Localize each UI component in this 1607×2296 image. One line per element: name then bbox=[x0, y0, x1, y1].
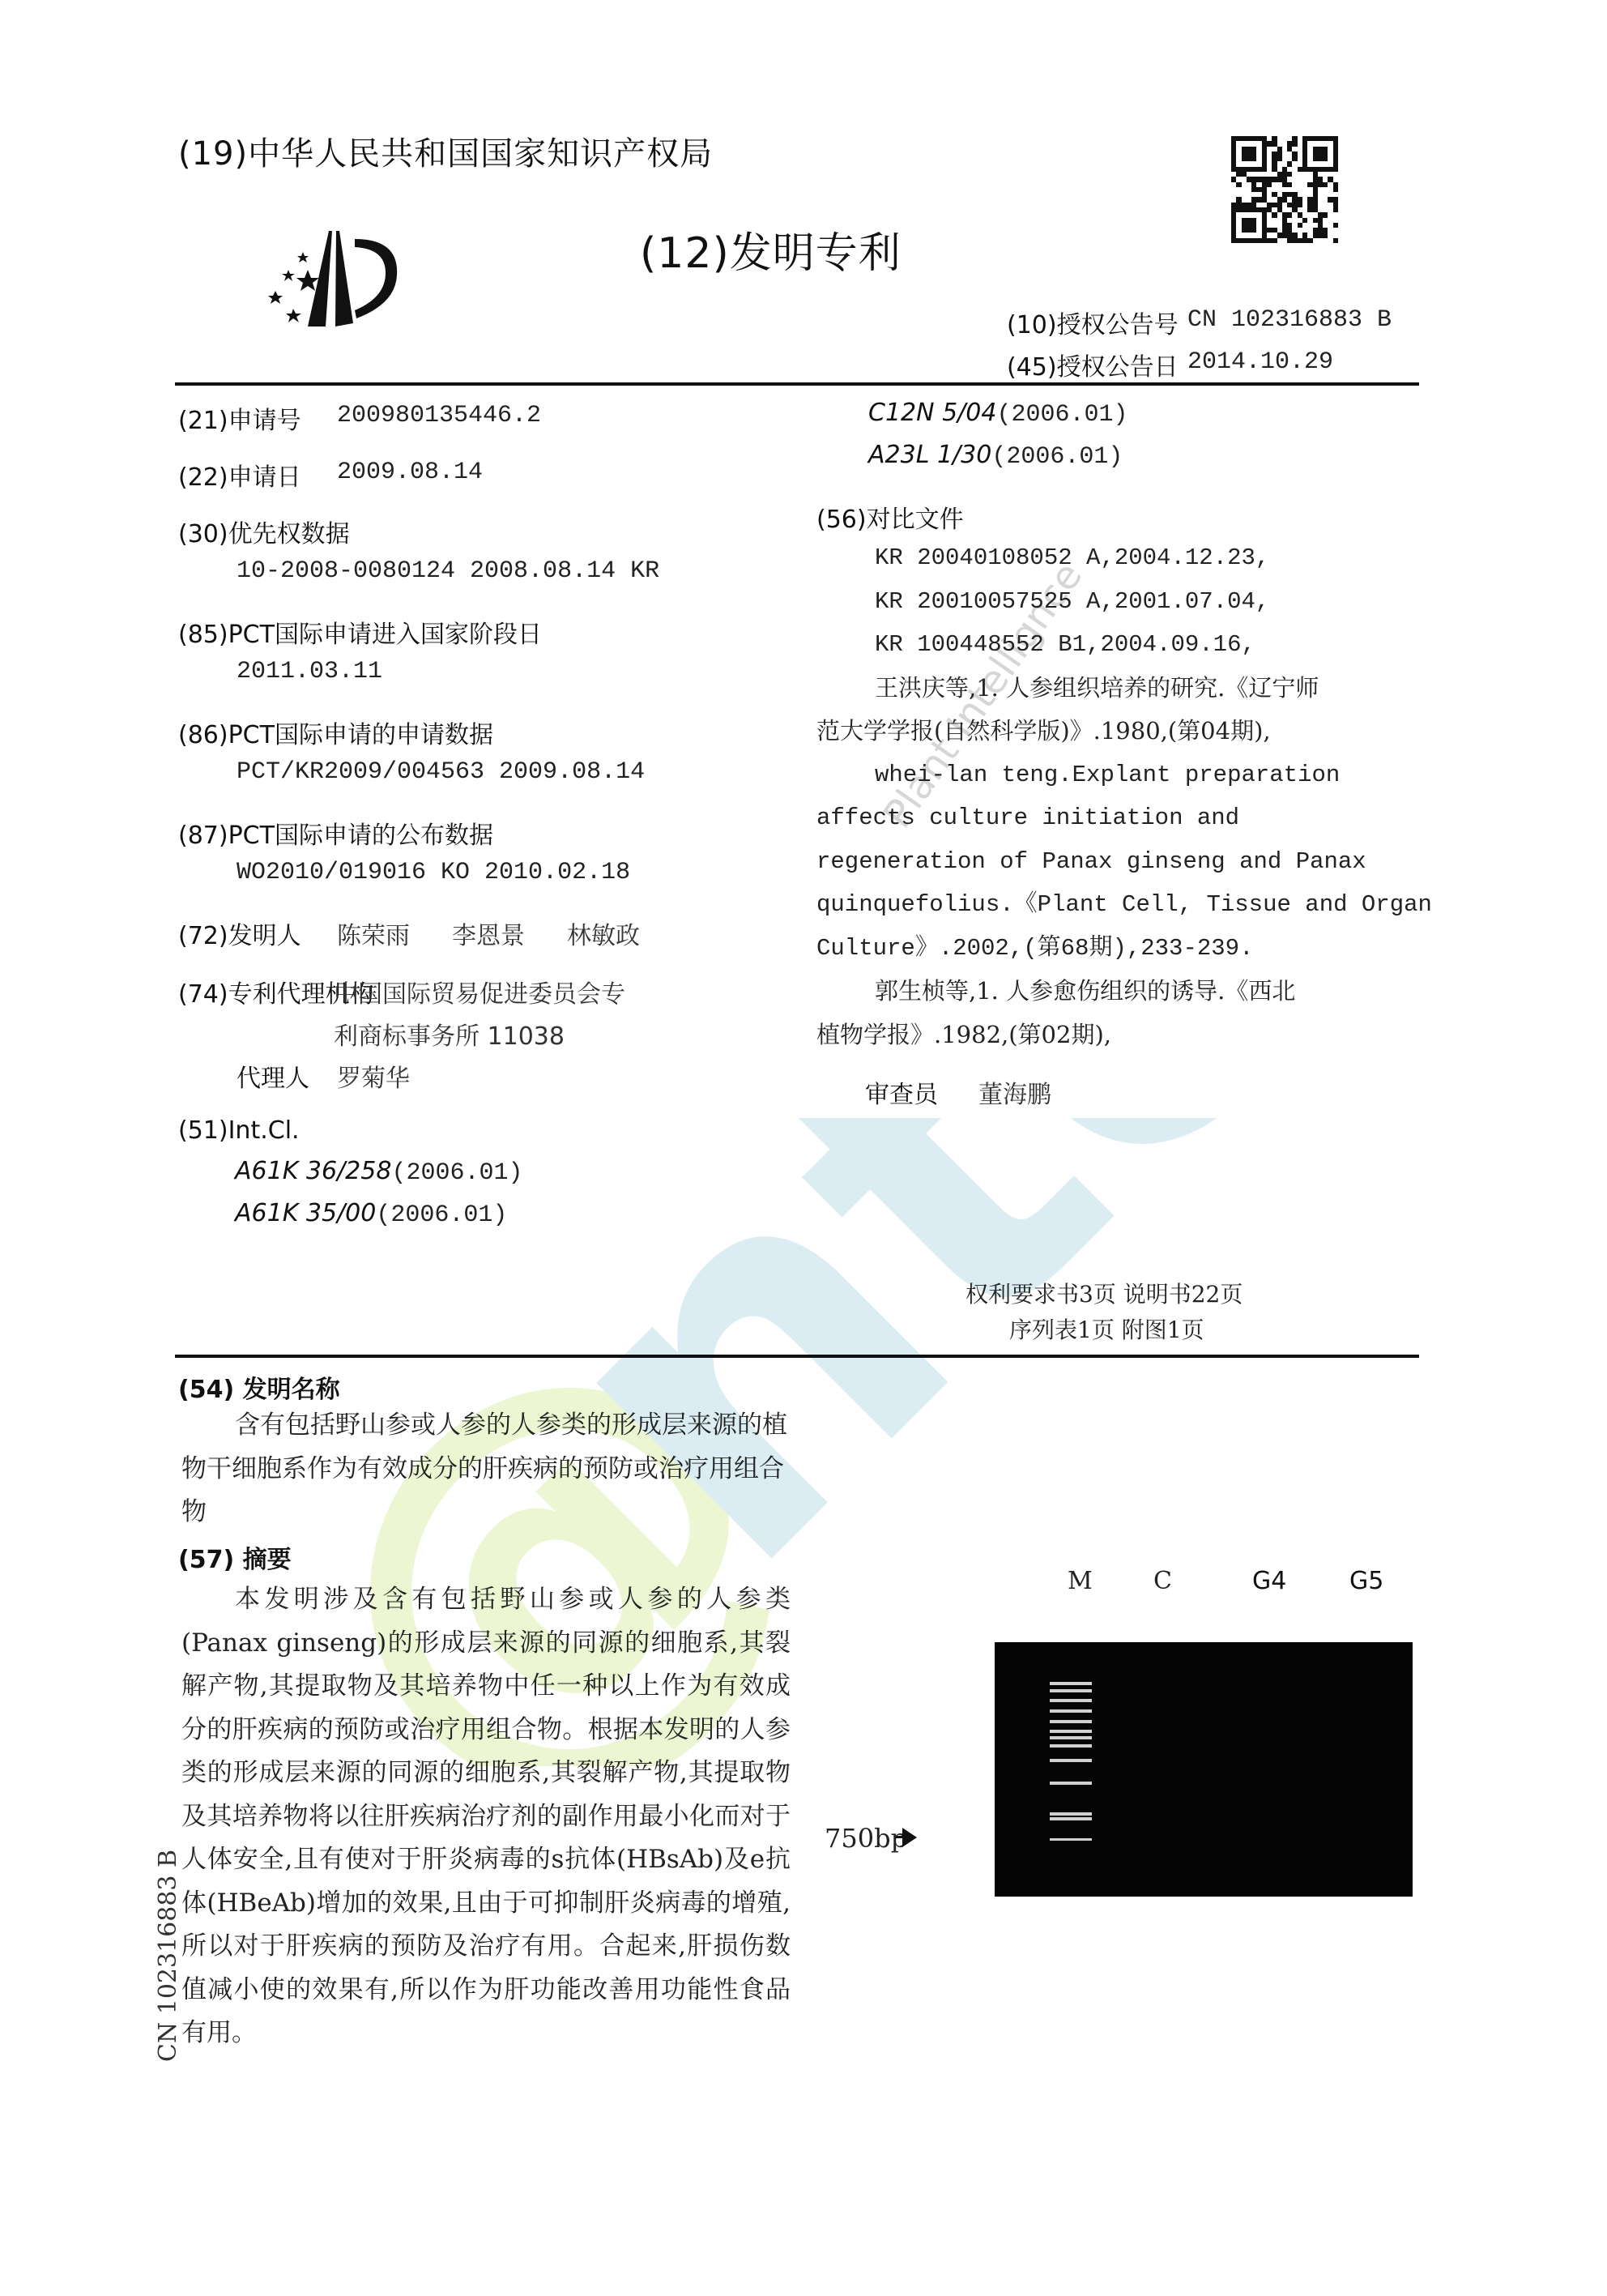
int-cl-code: A61K 36/258 bbox=[235, 1157, 391, 1185]
marker-band bbox=[1050, 1709, 1092, 1713]
reference-item: KR 20010057525 A,2001.07.04, bbox=[816, 580, 1432, 624]
int-cl-version: (2006.01) bbox=[376, 1201, 507, 1229]
reference-item: regeneration of Panax ginseng and Panax bbox=[816, 840, 1432, 884]
marker-band bbox=[1050, 1812, 1092, 1816]
reference-item: Culture》.2002,(第68期),233-239. bbox=[816, 927, 1432, 971]
pct-application-data: PCT/KR2009/004563 2009.08.14 bbox=[237, 758, 645, 786]
inventor-3: 林敏政 bbox=[567, 915, 640, 951]
reference-item: 王洪庆等,1. 人参组织培养的研究.《辽宁师 bbox=[816, 667, 1432, 711]
invention-title-label: (54) 发明名称 bbox=[178, 1369, 340, 1405]
side-publication-number: CN 102316883 B bbox=[154, 1850, 182, 2062]
pct-entry-date: 2011.03.11 bbox=[237, 658, 382, 685]
int-cl-item: A61K 36/258(2006.01) bbox=[235, 1157, 522, 1187]
marker-band bbox=[1050, 1720, 1092, 1723]
examiner-label: 审查员 bbox=[865, 1074, 938, 1110]
agent-name: 罗菊华 bbox=[337, 1058, 410, 1094]
office-title: (19)中华人民共和国国家知识产权局 bbox=[178, 128, 713, 174]
publication-date-label: (45)授权公告日 bbox=[1007, 347, 1179, 382]
reference-item: quinquefolius.《Plant Cell, Tissue and Or… bbox=[816, 883, 1432, 927]
gel-electrophoresis-image bbox=[995, 1642, 1413, 1897]
agency-name-line1: 中国国际贸易促进委员会专 bbox=[334, 974, 625, 1009]
reference-item: 植物学报》.1982,(第02期), bbox=[816, 1014, 1432, 1057]
marker-band bbox=[1050, 1759, 1092, 1762]
pct-publication-data: WO2010/019016 KO 2010.02.18 bbox=[237, 859, 630, 886]
application-number-label: (21)申请号 bbox=[178, 400, 301, 436]
reference-item: KR 20040108052 A,2004.12.23, bbox=[816, 536, 1432, 580]
int-cl-code: A61K 35/00 bbox=[235, 1199, 376, 1227]
application-date: 2009.08.14 bbox=[337, 459, 483, 486]
references-list: KR 20040108052 A,2004.12.23, KR 20010057… bbox=[816, 536, 1432, 1056]
section-divider bbox=[175, 1355, 1419, 1358]
int-cl-item: A61K 35/00(2006.01) bbox=[235, 1199, 507, 1229]
inventors-label: (72)发明人 bbox=[178, 915, 301, 951]
abstract-label: (57) 摘要 bbox=[178, 1539, 292, 1575]
marker-band bbox=[1050, 1736, 1092, 1739]
cnipa-logo-icon bbox=[258, 223, 403, 328]
int-cl-version: (2006.01) bbox=[991, 443, 1123, 471]
pct-application-label: (86)PCT国际申请的申请数据 bbox=[178, 715, 493, 750]
marker-band bbox=[1050, 1689, 1092, 1692]
int-cl-item: A23L 1/30(2006.01) bbox=[868, 441, 1123, 471]
pct-entry-label: (85)PCT国际申请进入国家阶段日 bbox=[178, 614, 542, 650]
lane-label-g4: G4 bbox=[1252, 1567, 1286, 1595]
int-cl-version: (2006.01) bbox=[996, 401, 1127, 429]
marker-size-label: 750bp bbox=[825, 1823, 907, 1854]
reference-item: 范大学学报(自然科学版)》.1980,(第04期), bbox=[816, 710, 1432, 753]
lane-label-m: M bbox=[1068, 1567, 1093, 1595]
marker-band bbox=[1050, 1744, 1092, 1748]
publication-number: CN 102316883 B bbox=[1187, 306, 1392, 334]
marker-band bbox=[1050, 1838, 1092, 1841]
int-cl-version: (2006.01) bbox=[391, 1159, 522, 1187]
int-cl-code: C12N 5/04 bbox=[868, 399, 996, 427]
document-type: (12)发明专利 bbox=[640, 219, 902, 280]
reference-item: KR 100448552 B1,2004.09.16, bbox=[816, 623, 1432, 667]
application-number: 200980135446.2 bbox=[337, 402, 541, 429]
marker-band bbox=[1050, 1699, 1092, 1702]
arrow-right-icon bbox=[896, 1826, 917, 1852]
int-cl-code: A23L 1/30 bbox=[868, 441, 991, 469]
application-date-label: (22)申请日 bbox=[178, 457, 301, 493]
page-counts-line1: 权利要求书3页 说明书22页 bbox=[965, 1277, 1243, 1309]
int-cl-item: C12N 5/04(2006.01) bbox=[868, 399, 1128, 429]
int-cl-label: (51)Int.Cl. bbox=[178, 1116, 300, 1145]
priority-label: (30)优先权数据 bbox=[178, 514, 350, 549]
inventor-1: 陈荣雨 bbox=[337, 915, 410, 951]
pct-publication-label: (87)PCT国际申请的公布数据 bbox=[178, 815, 493, 851]
lane-label-g5: G5 bbox=[1349, 1567, 1383, 1595]
reference-item: affects culture initiation and bbox=[816, 796, 1432, 840]
header-divider bbox=[175, 382, 1419, 386]
page-counts-line2: 序列表1页 附图1页 bbox=[1009, 1312, 1204, 1345]
marker-band bbox=[1050, 1730, 1092, 1733]
publication-date: 2014.10.29 bbox=[1187, 348, 1333, 376]
marker-band bbox=[1050, 1817, 1092, 1820]
qr-code-icon[interactable] bbox=[1231, 136, 1338, 243]
agency-name-line2: 利商标事务所 11038 bbox=[334, 1016, 565, 1052]
reference-item: whei-lan teng.Explant preparation bbox=[816, 753, 1432, 797]
marker-band bbox=[1050, 1682, 1092, 1685]
examiner-name: 董海鹏 bbox=[978, 1074, 1051, 1110]
priority-data: 10-2008-0080124 2008.08.14 KR bbox=[237, 557, 659, 585]
abstract-text: 本发明涉及含有包括野山参或人参的人参类(Panax ginseng)的形成层来源… bbox=[181, 1578, 791, 2055]
lane-label-c: C bbox=[1153, 1567, 1172, 1595]
invention-title: 含有包括野山参或人参的人参类的形成层来源的植物干细胞系作为有效成分的肝疾病的预防… bbox=[181, 1404, 791, 1534]
inventor-2: 李恩景 bbox=[452, 915, 525, 951]
agent-label: 代理人 bbox=[237, 1058, 309, 1094]
reference-item: 郭生桢等,1. 人参愈伤组织的诱导.《西北 bbox=[816, 970, 1432, 1014]
publication-number-label: (10)授权公告号 bbox=[1007, 305, 1179, 340]
marker-band bbox=[1050, 1782, 1092, 1785]
references-label: (56)对比文件 bbox=[816, 499, 964, 535]
